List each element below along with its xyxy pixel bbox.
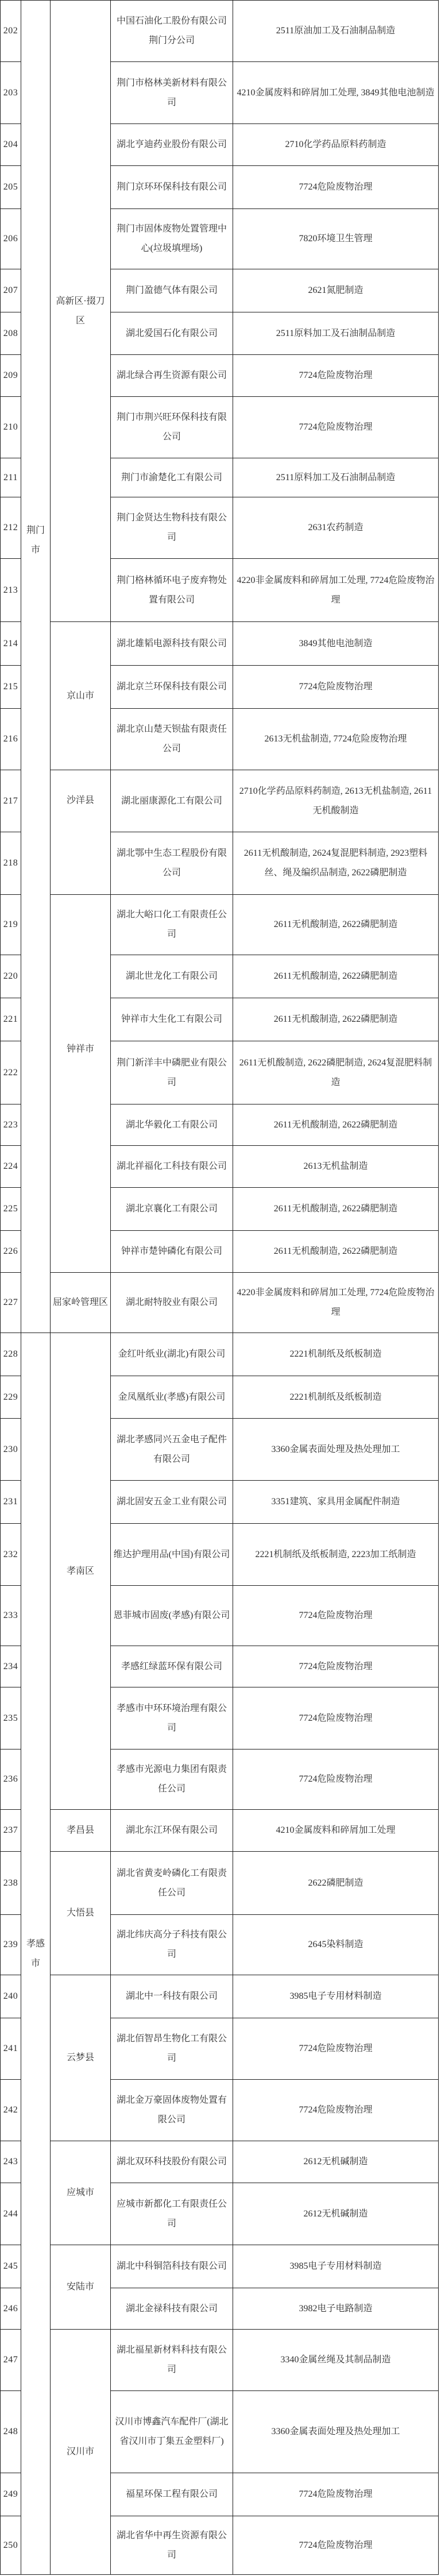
row-number-cell: 220 — [1, 955, 21, 998]
company-name-cell: 荆门市格林美新材料有限公司 — [111, 62, 233, 124]
district-label: 汉川市 — [67, 2442, 94, 2462]
company-name-cell: 湖北华毅化工有限公司 — [111, 1104, 233, 1146]
district-label: 云梦县 — [67, 2048, 94, 2068]
row-number-cell: 203 — [1, 62, 21, 124]
district-cell: 钟祥市 — [51, 895, 111, 1273]
district-cell: 屈家岭管理区 — [51, 1273, 111, 1333]
row-number-cell: 243 — [1, 2141, 21, 2183]
district-label: 应城市 — [67, 2183, 94, 2203]
industry-code-cell: 7724危险废物治理 — [233, 666, 439, 709]
company-name-cell: 荆门金贤达生物科技有限公司 — [111, 497, 233, 559]
city-label: 孝感市 — [23, 1934, 48, 1973]
industry-code-cell: 2621氮肥制造 — [233, 269, 439, 312]
row-number-cell: 237 — [1, 1810, 21, 1852]
industry-code-cell: 2631农药制造 — [233, 497, 439, 559]
industry-code-cell: 7724危险废物治理 — [233, 397, 439, 458]
company-name-cell: 湖北东江环保有限公司 — [111, 1810, 233, 1852]
company-name-cell: 恩菲城市固废(孝感)有限公司 — [111, 1586, 233, 1646]
industry-code-cell: 2511原油加工及石油制品制造 — [233, 1, 439, 62]
row-number-cell: 210 — [1, 397, 21, 458]
company-permit-table: 202荆门市高新区·掇刀区中国石油化工股份有限公司荆门分公司2511原油加工及石… — [0, 0, 439, 2575]
row-number-cell: 248 — [1, 2391, 21, 2473]
row-number-cell: 249 — [1, 2473, 21, 2516]
row-number-cell: 247 — [1, 2330, 21, 2391]
table-row: 243应城市湖北双环科技股份有限公司2612无机碱制造 — [1, 2141, 439, 2183]
industry-code-cell: 3340金属丝绳及其制品制造 — [233, 2330, 439, 2391]
row-number-cell: 226 — [1, 1231, 21, 1273]
row-number-cell: 213 — [1, 559, 21, 622]
city-cell: 孝感市 — [21, 1333, 51, 2575]
row-number-cell: 233 — [1, 1586, 21, 1646]
row-number-cell: 228 — [1, 1333, 21, 1376]
industry-code-cell: 2611无机酸制造, 2622磷肥制造 — [233, 955, 439, 998]
table-row: 237孝昌县湖北东江环保有限公司4210金属废料和碎屑加工处理 — [1, 1810, 439, 1852]
row-number-cell: 244 — [1, 2183, 21, 2245]
industry-code-cell: 2221机制纸及纸板制造 — [233, 1376, 439, 1419]
company-name-cell: 湖北固安五金工业有限公司 — [111, 1481, 233, 1524]
row-number-cell: 219 — [1, 895, 21, 955]
industry-code-cell: 7724危险废物治理 — [233, 1586, 439, 1646]
company-name-cell: 湖北耐特胶业有限公司 — [111, 1273, 233, 1333]
industry-code-cell: 2613无机盐制造, 7724危险废物治理 — [233, 709, 439, 770]
district-cell: 大悟县 — [51, 1852, 111, 1975]
industry-code-cell: 3985电子专用材料制造 — [233, 1975, 439, 2018]
district-label: 孝南区 — [67, 1562, 94, 1581]
company-name-cell: 湖北亨迪药业股份有限公司 — [111, 124, 233, 166]
company-name-cell: 湖北纬庆高分子科技有限公司 — [111, 1915, 233, 1975]
company-name-cell: 湖北雄韬电源科技有限公司 — [111, 622, 233, 666]
row-number-cell: 231 — [1, 1481, 21, 1524]
company-name-cell: 荆门市固体废物处置管理中心(垃圾填埋场) — [111, 209, 233, 269]
row-number-cell: 216 — [1, 709, 21, 770]
company-name-cell: 荆门京环环保科技有限公司 — [111, 166, 233, 209]
district-cell: 高新区·掇刀区 — [51, 1, 111, 622]
district-cell: 汉川市 — [51, 2330, 111, 2575]
company-name-cell: 金红叶纸业(湖北)有限公司 — [111, 1333, 233, 1376]
table-row: 217沙洋县湖北丽康源化工有限公司2710化学药品原料药制造, 2613无机盐制… — [1, 770, 439, 832]
row-number-cell: 205 — [1, 166, 21, 209]
company-name-cell: 湖北鄂中生态工程股份有限公司 — [111, 832, 233, 895]
table-row: 202荆门市高新区·掇刀区中国石油化工股份有限公司荆门分公司2511原油加工及石… — [1, 1, 439, 62]
row-number-cell: 242 — [1, 2080, 21, 2141]
table-row: 245安陆市湖北中科铜箔科技有限公司3985电子专用材料制造 — [1, 2245, 439, 2288]
industry-code-cell: 2611无机酸制造, 2622磷肥制造 — [233, 1188, 439, 1231]
district-label: 安陆市 — [67, 2277, 94, 2297]
district-cell: 孝昌县 — [51, 1810, 111, 1852]
industry-code-cell: 7724危险废物治理 — [233, 2018, 439, 2080]
row-number-cell: 232 — [1, 1524, 21, 1586]
company-name-cell: 荆门市荆兴旺环保科技有限公司 — [111, 397, 233, 458]
company-name-cell: 荆门新洋丰中磷肥业有限公司 — [111, 1041, 233, 1104]
row-number-cell: 215 — [1, 666, 21, 709]
industry-code-cell: 4220非金属废料和碎屑加工处理, 7724危险废物治理 — [233, 559, 439, 622]
company-name-cell: 湖北京山楚天钡盐有限责任公司 — [111, 709, 233, 770]
row-number-cell: 214 — [1, 622, 21, 666]
company-name-cell: 湖北祥福化工科技有限公司 — [111, 1146, 233, 1188]
table-row: 238大悟县湖北省黄麦岭磷化工有限责任公司2622磷肥制造 — [1, 1852, 439, 1915]
company-name-cell: 湖北中一科技有限公司 — [111, 1975, 233, 2018]
company-name-cell: 湖北孝感同兴五金电子配件有限公司 — [111, 1419, 233, 1481]
row-number-cell: 206 — [1, 209, 21, 269]
industry-code-cell: 4210金属废料和碎屑加工处理 — [233, 1810, 439, 1852]
city-label: 荆门市 — [23, 521, 48, 560]
company-name-cell: 湖北佰智昂生物化工有限公司 — [111, 2018, 233, 2080]
industry-code-cell: 2612无机碱制造 — [233, 2183, 439, 2245]
industry-code-cell: 2611无机酸制造, 2622磷肥制造 — [233, 1231, 439, 1273]
industry-code-cell: 2645染料制造 — [233, 1915, 439, 1975]
industry-code-cell: 7724危险废物治理 — [233, 2473, 439, 2516]
row-number-cell: 217 — [1, 770, 21, 832]
industry-code-cell: 4210金属废料和碎屑加工处理, 3849其他电池制造 — [233, 62, 439, 124]
industry-code-cell: 7724危险废物治理 — [233, 1687, 439, 1749]
industry-code-cell: 2613无机盐制造 — [233, 1146, 439, 1188]
table-row: 247汉川市湖北福星新材料科技有限公司3340金属丝绳及其制品制造 — [1, 2330, 439, 2391]
company-name-cell: 湖北福星新材料科技有限公司 — [111, 2330, 233, 2391]
industry-code-cell: 2611无机酸制造, 2622磷肥制造 — [233, 998, 439, 1041]
company-name-cell: 钟祥市楚钟磷化有限公司 — [111, 1231, 233, 1273]
district-label: 屈家岭管理区 — [53, 1293, 108, 1312]
district-cell: 安陆市 — [51, 2245, 111, 2330]
industry-code-cell: 2221机制纸及纸板制造 — [233, 1333, 439, 1376]
row-number-cell: 229 — [1, 1376, 21, 1419]
industry-code-cell: 2611无机酸制造, 2622磷肥制造 — [233, 895, 439, 955]
company-name-cell: 孝感市中环环境治理有限公司 — [111, 1687, 233, 1749]
row-number-cell: 236 — [1, 1749, 21, 1810]
company-name-cell: 湖北京兰环保科技有限公司 — [111, 666, 233, 709]
industry-code-cell: 3982电子电路制造 — [233, 2288, 439, 2330]
industry-code-cell: 2710化学药品原料药制造, 2613无机盐制造, 2611无机酸制造 — [233, 770, 439, 832]
row-number-cell: 202 — [1, 1, 21, 62]
company-name-cell: 维达护理用品(中国)有限公司 — [111, 1524, 233, 1586]
company-name-cell: 应城市新都化工有限责任公司 — [111, 2183, 233, 2245]
company-name-cell: 湖北世龙化工有限公司 — [111, 955, 233, 998]
industry-code-cell: 3360金属表面处理及热处理加工 — [233, 2391, 439, 2473]
city-cell: 荆门市 — [21, 1, 51, 1333]
company-name-cell: 荆门格林循环电子废弃物处置有限公司 — [111, 559, 233, 622]
industry-code-cell: 3849其他电池制造 — [233, 622, 439, 666]
district-label: 京山市 — [67, 686, 94, 706]
district-cell: 孝南区 — [51, 1333, 111, 1810]
table-row: 214京山市湖北雄韬电源科技有限公司3849其他电池制造 — [1, 622, 439, 666]
company-name-cell: 孝感市光源电力集团有限责任公司 — [111, 1749, 233, 1810]
company-name-cell: 中国石油化工股份有限公司荆门分公司 — [111, 1, 233, 62]
permit-list-page: 202荆门市高新区·掇刀区中国石油化工股份有限公司荆门分公司2511原油加工及石… — [0, 0, 441, 2575]
row-number-cell: 224 — [1, 1146, 21, 1188]
district-cell: 京山市 — [51, 622, 111, 770]
district-label: 孝昌县 — [67, 1821, 94, 1840]
row-number-cell: 204 — [1, 124, 21, 166]
company-name-cell: 荆门市渝楚化工有限公司 — [111, 458, 233, 497]
district-label: 沙洋县 — [67, 791, 94, 810]
row-number-cell: 245 — [1, 2245, 21, 2288]
row-number-cell: 235 — [1, 1687, 21, 1749]
company-name-cell: 福星环保工程有限公司 — [111, 2473, 233, 2516]
district-cell: 云梦县 — [51, 1975, 111, 2141]
industry-code-cell: 7724危险废物治理 — [233, 2516, 439, 2575]
district-label: 高新区·掇刀区 — [52, 292, 109, 331]
industry-code-cell: 2221机制纸及纸板制造, 2223加工纸制造 — [233, 1524, 439, 1586]
industry-code-cell: 2622磷肥制造 — [233, 1852, 439, 1915]
industry-code-cell: 2611无机酸制造, 2622磷肥制造 — [233, 1104, 439, 1146]
row-number-cell: 240 — [1, 1975, 21, 2018]
company-name-cell: 湖北中科铜箔科技有限公司 — [111, 2245, 233, 2288]
table-row: 240云梦县湖北中一科技有限公司3985电子专用材料制造 — [1, 1975, 439, 2018]
industry-code-cell: 7724危险废物治理 — [233, 355, 439, 397]
company-name-cell: 湖北绿合再生资源有限公司 — [111, 355, 233, 397]
row-number-cell: 246 — [1, 2288, 21, 2330]
industry-code-cell: 3360金属表面处理及热处理加工 — [233, 1419, 439, 1481]
industry-code-cell: 2511原料加工及石油制品制造 — [233, 312, 439, 355]
row-number-cell: 250 — [1, 2516, 21, 2575]
company-name-cell: 湖北省华中再生资源有限公司 — [111, 2516, 233, 2575]
company-name-cell: 湖北京襄化工有限公司 — [111, 1188, 233, 1231]
industry-code-cell: 2611无机酸制造, 2624复混肥料制造, 2923塑料丝、绳及编织品制造, … — [233, 832, 439, 895]
company-name-cell: 金凤凰纸业(孝感)有限公司 — [111, 1376, 233, 1419]
row-number-cell: 221 — [1, 998, 21, 1041]
industry-code-cell: 4220非金属废料和碎屑加工处理, 7724危险废物治理 — [233, 1273, 439, 1333]
industry-code-cell: 3985电子专用材料制造 — [233, 2245, 439, 2288]
company-name-cell: 钟祥市大生化工有限公司 — [111, 998, 233, 1041]
row-number-cell: 212 — [1, 497, 21, 559]
row-number-cell: 234 — [1, 1646, 21, 1687]
company-name-cell: 湖北丽康源化工有限公司 — [111, 770, 233, 832]
district-cell: 应城市 — [51, 2141, 111, 2245]
table-row: 228孝感市孝南区金红叶纸业(湖北)有限公司2221机制纸及纸板制造 — [1, 1333, 439, 1376]
row-number-cell: 222 — [1, 1041, 21, 1104]
district-label: 大悟县 — [67, 1903, 94, 1923]
industry-code-cell: 2612无机碱制造 — [233, 2141, 439, 2183]
row-number-cell: 218 — [1, 832, 21, 895]
industry-code-cell: 7724危险废物治理 — [233, 1749, 439, 1810]
district-cell: 沙洋县 — [51, 770, 111, 895]
company-name-cell: 湖北金禄科技有限公司 — [111, 2288, 233, 2330]
industry-code-cell: 2611无机酸制造, 2622磷肥制造, 2624复混肥料制造 — [233, 1041, 439, 1104]
company-name-cell: 湖北省黄麦岭磷化工有限责任公司 — [111, 1852, 233, 1915]
industry-code-cell: 7724危险废物治理 — [233, 166, 439, 209]
row-number-cell: 211 — [1, 458, 21, 497]
row-number-cell: 227 — [1, 1273, 21, 1333]
table-row: 219钟祥市湖北大峪口化工有限责任公司2611无机酸制造, 2622磷肥制造 — [1, 895, 439, 955]
industry-code-cell: 2710化学药品原料药制造 — [233, 124, 439, 166]
table-row: 227屈家岭管理区湖北耐特胶业有限公司4220非金属废料和碎屑加工处理, 772… — [1, 1273, 439, 1333]
row-number-cell: 239 — [1, 1915, 21, 1975]
industry-code-cell: 7820环境卫生管理 — [233, 209, 439, 269]
row-number-cell: 241 — [1, 2018, 21, 2080]
row-number-cell: 230 — [1, 1419, 21, 1481]
table-body: 202荆门市高新区·掇刀区中国石油化工股份有限公司荆门分公司2511原油加工及石… — [1, 1, 439, 2575]
row-number-cell: 208 — [1, 312, 21, 355]
company-name-cell: 荆门盈德气体有限公司 — [111, 269, 233, 312]
row-number-cell: 225 — [1, 1188, 21, 1231]
row-number-cell: 238 — [1, 1852, 21, 1915]
row-number-cell: 209 — [1, 355, 21, 397]
company-name-cell: 湖北爱国石化有限公司 — [111, 312, 233, 355]
company-name-cell: 湖北金万豪固体废物处置有限公司 — [111, 2080, 233, 2141]
industry-code-cell: 7724危险废物治理 — [233, 2080, 439, 2141]
row-number-cell: 223 — [1, 1104, 21, 1146]
row-number-cell: 207 — [1, 269, 21, 312]
company-name-cell: 汉川市博鑫汽车配件厂(湖北省汉川市丁集五金塑料厂) — [111, 2391, 233, 2473]
company-name-cell: 孝感红绿蓝环保有限公司 — [111, 1646, 233, 1687]
company-name-cell: 湖北大峪口化工有限责任公司 — [111, 895, 233, 955]
industry-code-cell: 7724危险废物治理 — [233, 1646, 439, 1687]
industry-code-cell: 2511原料加工及石油制品制造 — [233, 458, 439, 497]
company-name-cell: 湖北双环科技股份有限公司 — [111, 2141, 233, 2183]
district-label: 钟祥市 — [67, 1040, 94, 1059]
industry-code-cell: 3351建筑、家具用金属配件制造 — [233, 1481, 439, 1524]
